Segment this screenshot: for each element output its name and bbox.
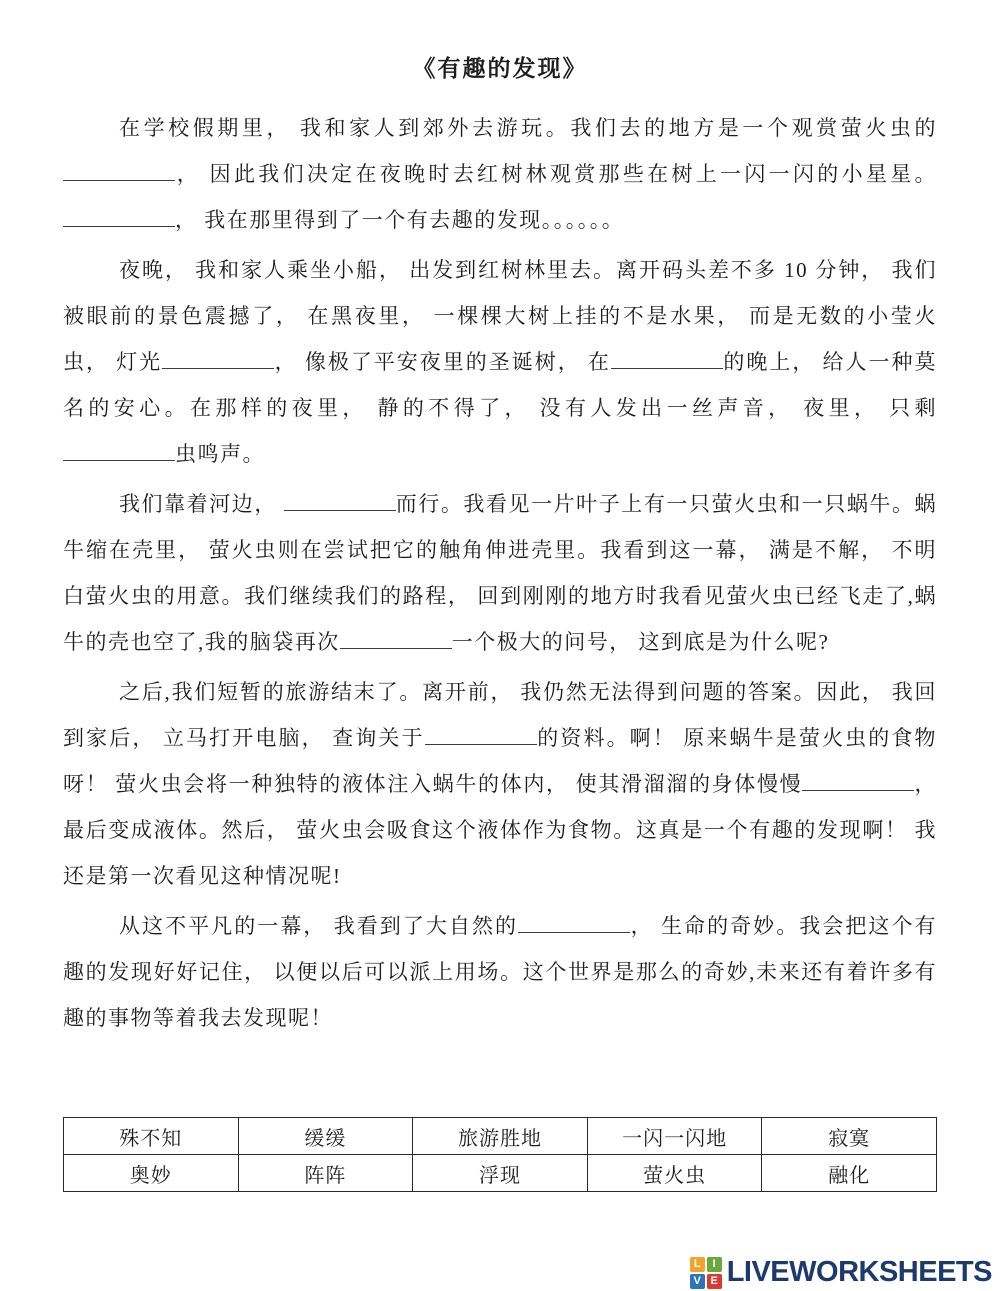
- text-run: ， 因此我们决定在夜晚时去红树林观赏那些在树上一闪一闪的小星星。: [175, 162, 937, 186]
- fill-in-blank[interactable]: [284, 508, 396, 511]
- paragraph: 在学校假期里， 我和家人到郊外去游玩。我们去的地方是一个观赏萤火虫的， 因此我们…: [63, 105, 937, 243]
- logo-tile-e: E: [707, 1274, 722, 1289]
- word-bank-table: 殊不知缓缓旅游胜地一闪一闪地寂寞奥妙阵阵浮现萤火虫融化: [63, 1117, 937, 1192]
- paragraph: 之后,我们短暂的旅游结末了。离开前， 我仍然无法得到问题的答案。因此， 我回到家…: [63, 669, 937, 899]
- word-bank-cell: 殊不知: [64, 1118, 239, 1155]
- worksheet-page: 《有趣的发现》 在学校假期里， 我和家人到郊外去游玩。我们去的地方是一个观赏萤火…: [0, 0, 1000, 1291]
- word-bank-row: 奥妙阵阵浮现萤火虫融化: [64, 1155, 937, 1192]
- fill-in-blank[interactable]: [63, 178, 175, 181]
- text-run: 从这不平凡的一幕， 我看到了大自然的: [119, 914, 518, 938]
- logo-tile-v: V: [690, 1274, 705, 1289]
- word-bank-cell: 寂寞: [762, 1118, 937, 1155]
- paragraph: 夜晚， 我和家人乘坐小船， 出发到红树林里去。离开码头差不多 10 分钟， 我们…: [63, 247, 937, 477]
- text-run: 我们靠着河边，: [119, 492, 284, 516]
- word-bank-cell: 旅游胜地: [413, 1118, 588, 1155]
- logo-tile-i: I: [707, 1257, 722, 1272]
- paragraph: 我们靠着河边， 而行。我看见一片叶子上有一只萤火虫和一只蜗牛。蜗牛缩在壳里， 萤…: [63, 481, 937, 665]
- word-bank-cell: 萤火虫: [587, 1155, 762, 1192]
- fill-in-blank[interactable]: [518, 930, 630, 933]
- logo-tile-l: L: [690, 1257, 705, 1272]
- paragraph: 从这不平凡的一幕， 我看到了大自然的， 生命的奇妙。我会把这个有趣的发现好好记住…: [63, 903, 937, 1041]
- liveworksheets-tiles-icon: LIVE: [690, 1257, 722, 1289]
- text-run: ， 我在那里得到了一个有去趣的发现。。。。。。: [175, 208, 624, 232]
- fill-in-blank[interactable]: [802, 788, 914, 791]
- liveworksheets-logo[interactable]: LIVE LIVEWORKSHEETS: [690, 1256, 992, 1289]
- text-run: 一个极大的问号， 这到底是为什么呢?: [452, 630, 830, 654]
- word-bank-cell: 浮现: [413, 1155, 588, 1192]
- page-title: 《有趣的发现》: [0, 50, 1000, 83]
- word-bank-cell: 缓缓: [238, 1118, 413, 1155]
- fill-in-blank[interactable]: [611, 366, 723, 369]
- text-run: ， 像极了平安夜里的圣诞树， 在: [274, 350, 611, 374]
- word-bank-cell: 阵阵: [238, 1155, 413, 1192]
- fill-in-blank[interactable]: [63, 458, 175, 461]
- text-run: 虫鸣声。: [175, 442, 265, 466]
- fill-in-blank[interactable]: [63, 224, 175, 227]
- essay: 在学校假期里， 我和家人到郊外去游玩。我们去的地方是一个观赏萤火虫的， 因此我们…: [63, 105, 937, 1041]
- word-bank-cell: 一闪一闪地: [587, 1118, 762, 1155]
- word-bank-cell: 奥妙: [64, 1155, 239, 1192]
- word-bank-cell: 融化: [762, 1155, 937, 1192]
- text-run: 在学校假期里， 我和家人到郊外去游玩。我们去的地方是一个观赏萤火虫的: [119, 116, 937, 140]
- brand-wordmark: LIVEWORKSHEETS: [727, 1256, 992, 1289]
- fill-in-blank[interactable]: [162, 366, 274, 369]
- word-bank-row: 殊不知缓缓旅游胜地一闪一闪地寂寞: [64, 1118, 937, 1155]
- fill-in-blank[interactable]: [425, 742, 537, 745]
- fill-in-blank[interactable]: [340, 646, 452, 649]
- word-bank-body: 殊不知缓缓旅游胜地一闪一闪地寂寞奥妙阵阵浮现萤火虫融化: [64, 1118, 937, 1192]
